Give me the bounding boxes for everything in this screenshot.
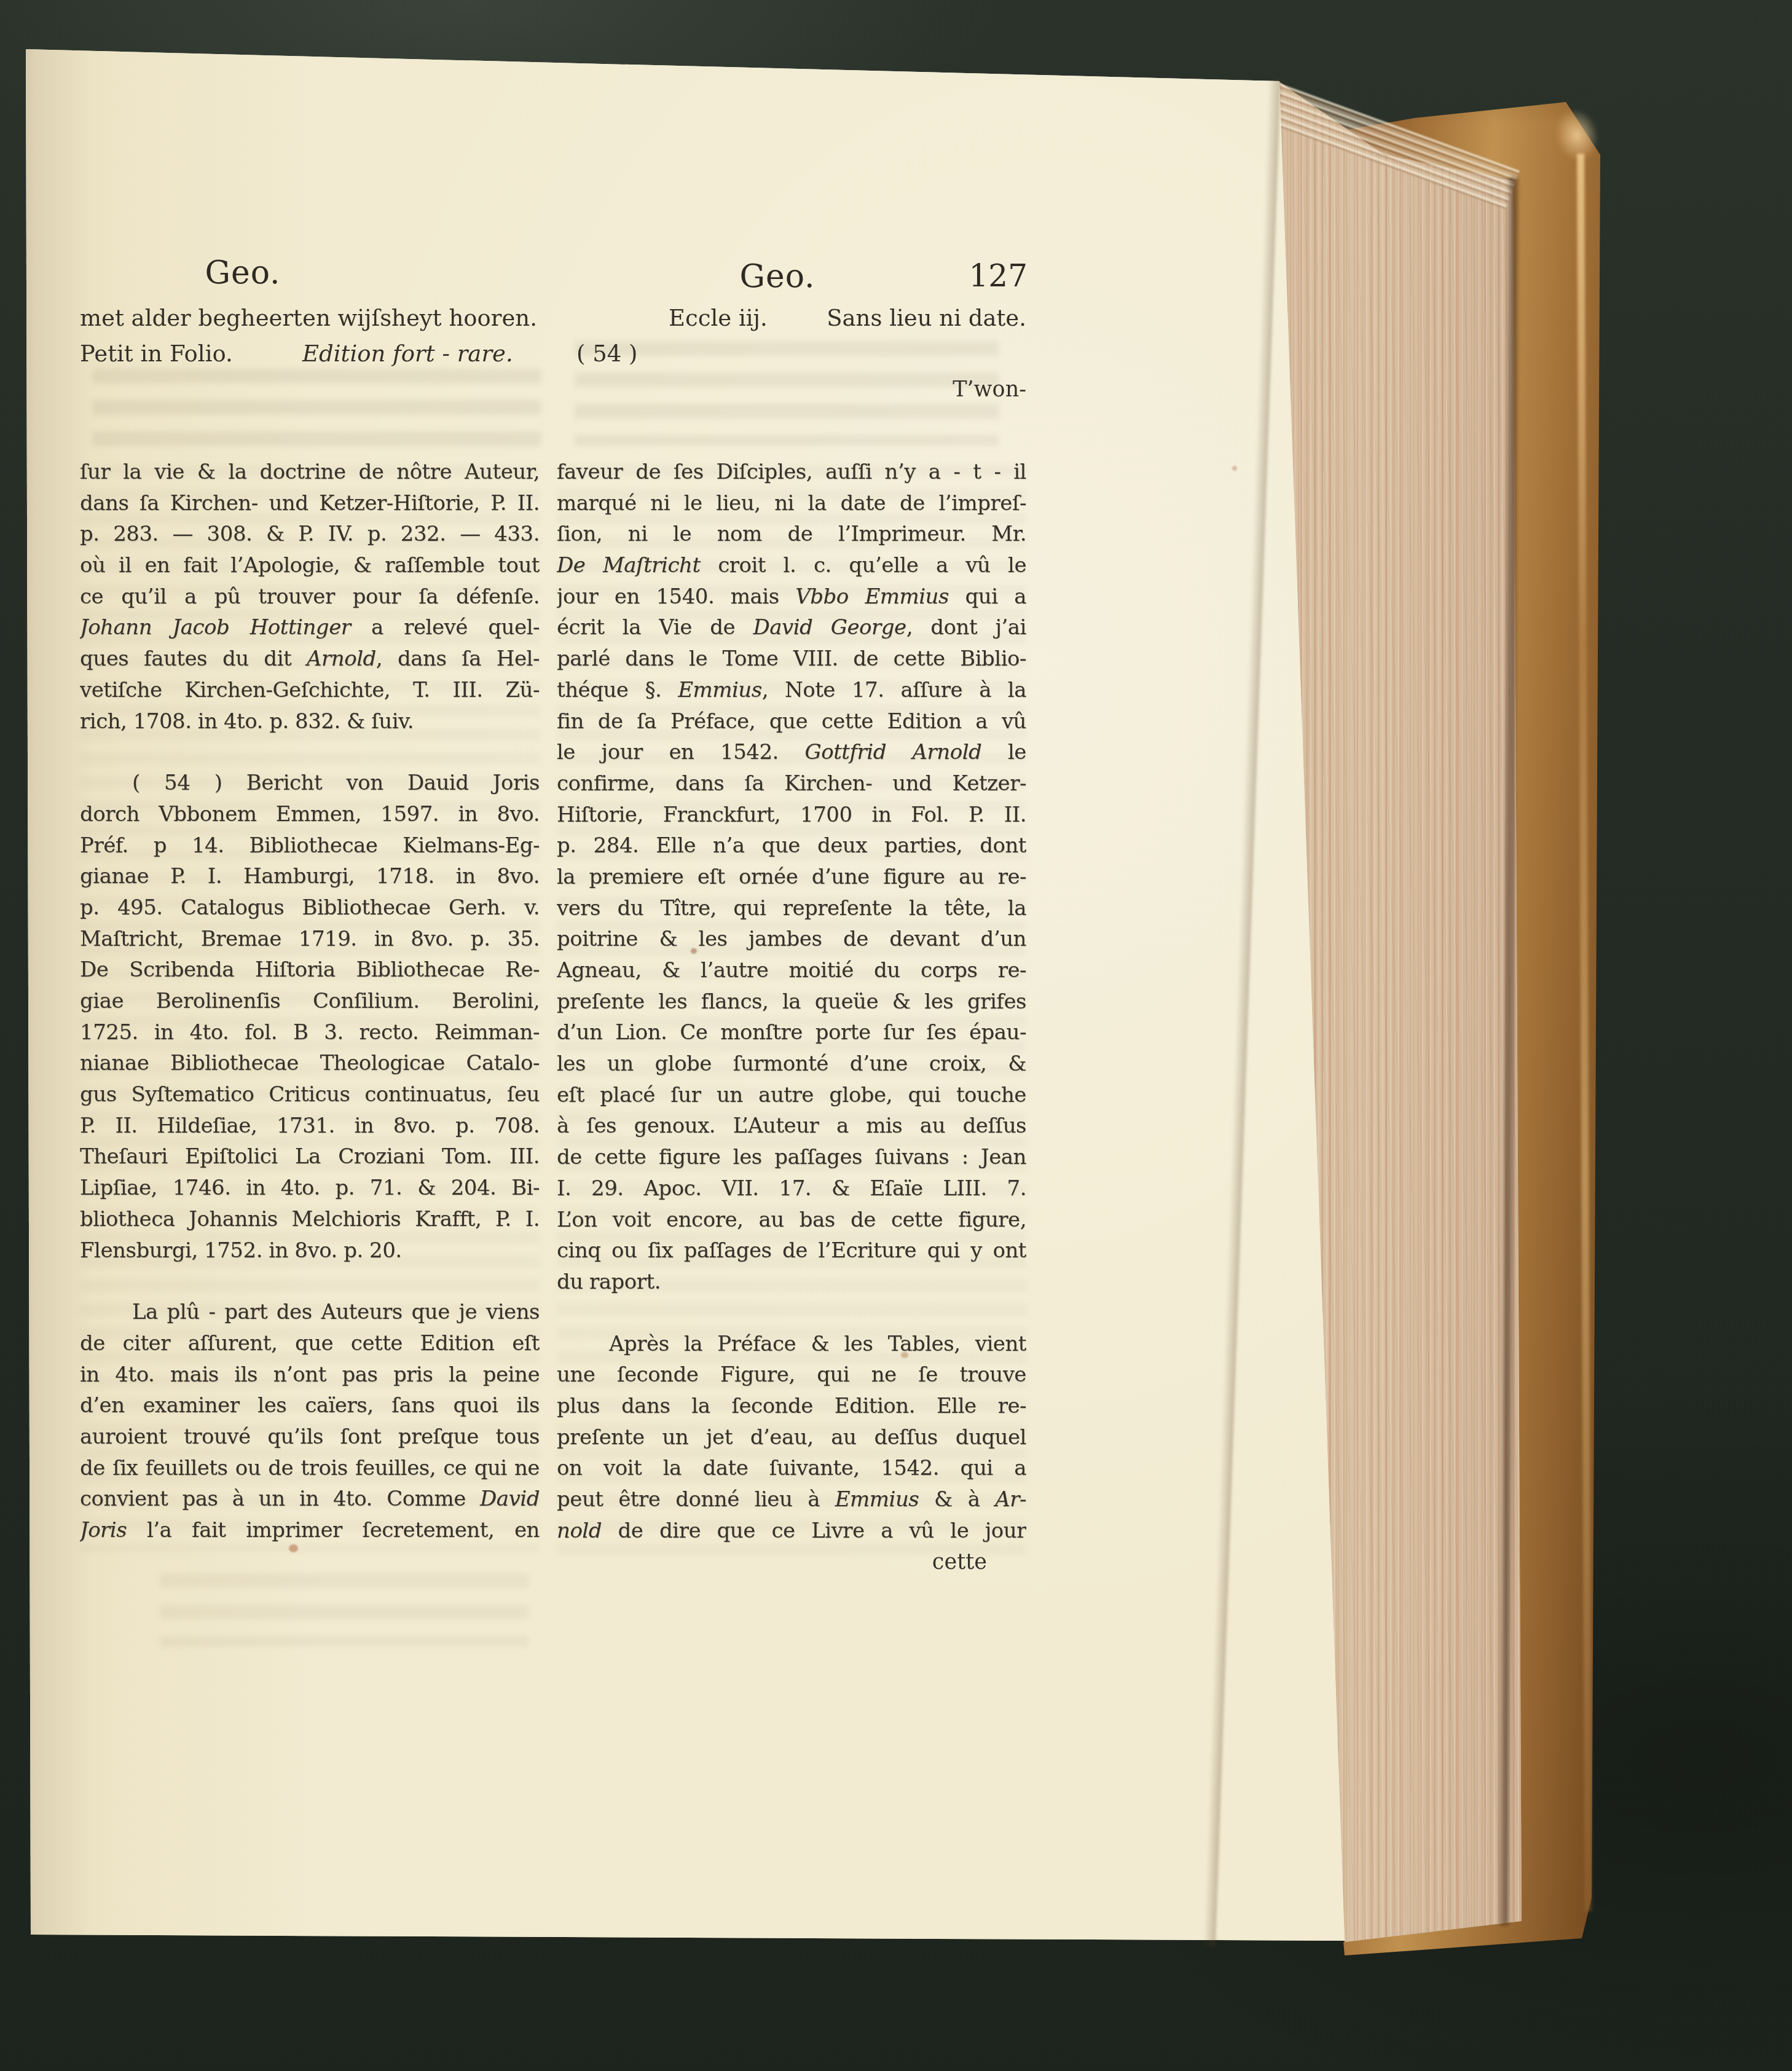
text-line: à ſes genoux. L’Auteur a mis au deſſus bbox=[557, 1110, 1026, 1142]
italic-text: David George bbox=[753, 615, 906, 640]
running-title-left: Geo. bbox=[181, 254, 304, 291]
text-line: vers du Tître, qui repreſente la tête, l… bbox=[557, 893, 1026, 924]
roman-text: , dans ſa Hel- bbox=[376, 646, 540, 671]
text-line: gianae P. I. Hamburgi, 1718. in 8vo. bbox=[80, 861, 540, 892]
italic-text: Arnold bbox=[307, 646, 376, 671]
text-line: plus dans la ſeconde Edition. Elle re- bbox=[557, 1391, 1026, 1422]
italic-text: De Maſtricht bbox=[557, 553, 701, 578]
italic-text: Gottfrid Arnold bbox=[805, 740, 982, 764]
text-line: où il en fait l’Apologie, & raſſemble to… bbox=[80, 550, 540, 581]
roman-text: & à bbox=[919, 1487, 995, 1512]
roman-text: théque §. bbox=[557, 678, 678, 702]
paragraph: La plû - part des Auteurs que je viensde… bbox=[80, 1297, 540, 1546]
running-title-right: Geo. bbox=[716, 258, 839, 295]
text-line: d’en examiner les caïers, ſans quoi ils bbox=[80, 1390, 540, 1421]
text-line: Lipſiae, 1746. in 4to. p. 71. & 204. Bi- bbox=[80, 1173, 540, 1204]
intro-line1-left: met alder begheerten wijſsheyt hooren. bbox=[80, 305, 537, 331]
roman-text: le bbox=[981, 740, 1026, 764]
text-column-right: faveur de ſes Diſciples, auſſi n’y a - t… bbox=[557, 457, 1026, 1546]
text-line: in 4to. mais ils n’ont pas pris la peine bbox=[80, 1359, 540, 1391]
text-line: convient pas à un in 4to. Comme David bbox=[80, 1483, 540, 1515]
text-line: Theſauri Epiſtolici La Croziani Tom. III… bbox=[80, 1141, 540, 1173]
text-line: du raport. bbox=[557, 1267, 1026, 1298]
text-line: la premiere eſt ornée d’une figure au re… bbox=[557, 862, 1026, 893]
text-line: dorch Vbbonem Emmen, 1597. in 8vo. bbox=[80, 799, 540, 830]
text-line: La plû - part des Auteurs que je viens bbox=[80, 1297, 540, 1328]
text-line: une ſeconde Figure, qui ne ſe trouve bbox=[557, 1359, 1026, 1391]
text-line: poitrine & les jambes de devant d’un bbox=[557, 924, 1026, 955]
text-line: cinq ou ſix paſſages de l’Ecriture qui y… bbox=[557, 1235, 1026, 1267]
intro-line2-format: Petit in Folio. bbox=[80, 340, 233, 367]
book-photo: Geo. Geo. 127 met alder begheerten wijſs… bbox=[0, 0, 1792, 2071]
intro-line1-citation: Eccle iij. bbox=[669, 305, 768, 331]
text-line: Johann Jacob Hottinger a relevé quel- bbox=[80, 612, 540, 643]
text-line: auroient trouvé qu’ils ſont preſque tous bbox=[80, 1421, 540, 1453]
roman-text: croit l. c. qu’elle a vû le bbox=[701, 553, 1026, 578]
italic-text: Joris bbox=[80, 1518, 127, 1542]
text-line: De Maſtricht croit l. c. qu’elle a vû le bbox=[557, 550, 1026, 581]
foxing-spot bbox=[1232, 466, 1237, 471]
roman-text: ques fautes du dit bbox=[80, 646, 307, 671]
roman-text: du raport. bbox=[557, 1270, 661, 1294]
text-line: ce qu’il a pû trouver pour ſa défenſe. bbox=[80, 581, 540, 613]
roman-text: Flensburgi, 1752. in 8vo. p. 20. bbox=[80, 1238, 402, 1263]
text-line: ſur la vie & la doctrine de nôtre Auteur… bbox=[80, 457, 540, 488]
roman-text: qui a bbox=[949, 584, 1026, 609]
roman-text: de dire que ce Livre a vû le jour bbox=[602, 1519, 1026, 1543]
text-line: de citer aſſurent, que cette Edition eſt bbox=[80, 1328, 540, 1359]
text-line: fin de ſa Préface, que cette Edition a v… bbox=[557, 706, 1026, 737]
page-number: 127 bbox=[934, 258, 1028, 294]
roman-text: écrit la Vie de bbox=[557, 615, 753, 640]
text-line: preſente un jet d’eau, au deſſus duquel bbox=[557, 1422, 1026, 1453]
text-line: on voit la date ſuivante, 1542. qui a bbox=[557, 1453, 1026, 1484]
text-line: d’un Lion. Ce monſtre porte ſur ſes épau… bbox=[557, 1017, 1026, 1048]
text-line: De Scribenda Hiſtoria Bibliothecae Re- bbox=[80, 954, 540, 986]
text-line: eſt placé ſur un autre globe, qui touche bbox=[557, 1080, 1026, 1111]
italic-text: Johann Jacob Hottinger bbox=[80, 615, 351, 640]
roman-text: rich, 1708. in 4to. p. 832. & ſuiv. bbox=[80, 709, 414, 734]
text-line: Après la Préface & les Tables, vient bbox=[557, 1329, 1026, 1360]
text-line: gus Syſtematico Criticus continuatus, ſe… bbox=[80, 1079, 540, 1110]
text-column-left: ſur la vie & la doctrine de nôtre Auteur… bbox=[80, 457, 540, 1546]
text-line: ( 54 ) Bericht von Dauid Joris bbox=[80, 768, 540, 799]
text-line: Flensburgi, 1752. in 8vo. p. 20. bbox=[80, 1235, 540, 1267]
text-line: p. 284. Elle n’a que deux parties, dont bbox=[557, 830, 1026, 862]
roman-text: a relevé quel- bbox=[351, 615, 540, 640]
text-line: écrit la Vie de David George, dont j’ai bbox=[557, 612, 1026, 643]
catchword-bottom: cette bbox=[557, 1550, 987, 1574]
text-line: le jour en 1542. Gottfrid Arnold le bbox=[557, 737, 1026, 768]
italic-text: Emmius bbox=[678, 678, 762, 702]
catchword-top: T’won- bbox=[762, 377, 1026, 402]
paragraph: ſur la vie & la doctrine de nôtre Auteur… bbox=[80, 457, 540, 737]
text-line: dans ſa Kirchen- und Ketzer-Hiſtorie, P.… bbox=[80, 488, 540, 519]
paragraph: Après la Préface & les Tables, vientune … bbox=[557, 1329, 1026, 1547]
text-line: giae Berolinenſis Conſilium. Berolini, bbox=[80, 986, 540, 1017]
roman-text: , dont j’ai bbox=[906, 615, 1026, 640]
text-line: preſente les flancs, la queüe & les grif… bbox=[557, 986, 1026, 1018]
show-through-text bbox=[160, 1573, 529, 1647]
text-line: ques fautes du dit Arnold, dans ſa Hel- bbox=[80, 643, 540, 675]
text-line: de cette figure les paſſages ſuivans : J… bbox=[557, 1142, 1026, 1173]
text-line: nianae Bibliothecae Theologicae Catalo- bbox=[80, 1048, 540, 1079]
intro-line1-imprint: Sans lieu ni date. bbox=[762, 305, 1026, 331]
text-line: P. II. Hildeſiae, 1731. in 8vo. p. 708. bbox=[80, 1110, 540, 1142]
italic-text: Ar- bbox=[995, 1487, 1026, 1512]
text-line: Hiſtorie, Franckfurt, 1700 in Fol. P. II… bbox=[557, 800, 1026, 831]
text-line: I. 29. Apoc. VII. 17. & Eſaïe LIII. 7. bbox=[557, 1173, 1026, 1204]
text-line: rich, 1708. in 4to. p. 832. & ſuiv. bbox=[80, 706, 540, 737]
text-line: marqué ni le lieu, ni la date de l’impre… bbox=[557, 488, 1026, 519]
roman-text: l’a fait imprimer ſecretement, en bbox=[127, 1518, 540, 1542]
text-line: faveur de ſes Diſciples, auſſi n’y a - t… bbox=[557, 457, 1026, 488]
roman-text: peut être donné lieu à bbox=[557, 1487, 835, 1512]
text-line: théque §. Emmius, Note 17. aſſure à la bbox=[557, 675, 1026, 706]
text-line: L’on voit encore, au bas de cette figure… bbox=[557, 1204, 1026, 1236]
italic-text: Emmius bbox=[835, 1487, 919, 1512]
italic-text: nold bbox=[557, 1519, 602, 1543]
text-line: Joris l’a fait imprimer ſecretement, en bbox=[80, 1515, 540, 1546]
text-line: 1725. in 4to. fol. B 3. recto. Reimman- bbox=[80, 1017, 540, 1048]
text-line: de ſix feuillets ou de trois feuilles, c… bbox=[80, 1453, 540, 1484]
text-line: Préf. p 14. Bibliothecae Kielmans-Eg- bbox=[80, 830, 540, 862]
text-line: confirme, dans ſa Kirchen- und Ketzer- bbox=[557, 768, 1026, 800]
paragraph: ( 54 ) Bericht von Dauid Jorisdorch Vbbo… bbox=[80, 768, 540, 1266]
text-line: ſion, ni le nom de l’Imprimeur. Mr. bbox=[557, 519, 1026, 550]
roman-text: le jour en 1542. bbox=[557, 740, 805, 764]
roman-text: jour en 1540. mais bbox=[557, 584, 795, 609]
show-through-text bbox=[92, 369, 541, 447]
intro-line2-edition-note: Edition fort - rare. bbox=[302, 340, 513, 367]
text-line: nold de dire que ce Livre a vû le jour bbox=[557, 1515, 1026, 1547]
text-line: p. 283. — 308. & P. IV. p. 232. — 433. bbox=[80, 519, 540, 550]
text-line: vetiſche Kirchen-Geſchichte, T. III. Zü- bbox=[80, 675, 540, 706]
italic-text: Vbbo Emmius bbox=[795, 584, 949, 609]
roman-text: convient pas à un in 4to. Comme bbox=[80, 1487, 480, 1511]
text-line: bliotheca Johannis Melchioris Krafft, P.… bbox=[80, 1204, 540, 1235]
intro-line2-note-ref: ( 54 ) bbox=[576, 340, 637, 367]
text-line: Maſtricht, Bremae 1719. in 8vo. p. 35. bbox=[80, 924, 540, 955]
roman-text: , Note 17. aſſure à la bbox=[762, 678, 1026, 702]
text-line: p. 495. Catalogus Bibliothecae Gerh. v. bbox=[80, 892, 540, 924]
text-line: peut être donné lieu à Emmius & à Ar- bbox=[557, 1484, 1026, 1515]
text-line: parlé dans le Tome VIII. de cette Biblio… bbox=[557, 643, 1026, 675]
text-line: Agneau, & l’autre moitié du corps re- bbox=[557, 955, 1026, 986]
italic-text: David bbox=[480, 1487, 540, 1511]
paragraph: faveur de ſes Diſciples, auſſi n’y a - t… bbox=[557, 457, 1026, 1298]
text-line: les un globe ſurmonté d’une croix, & bbox=[557, 1048, 1026, 1080]
text-line: jour en 1540. mais Vbbo Emmius qui a bbox=[557, 581, 1026, 613]
